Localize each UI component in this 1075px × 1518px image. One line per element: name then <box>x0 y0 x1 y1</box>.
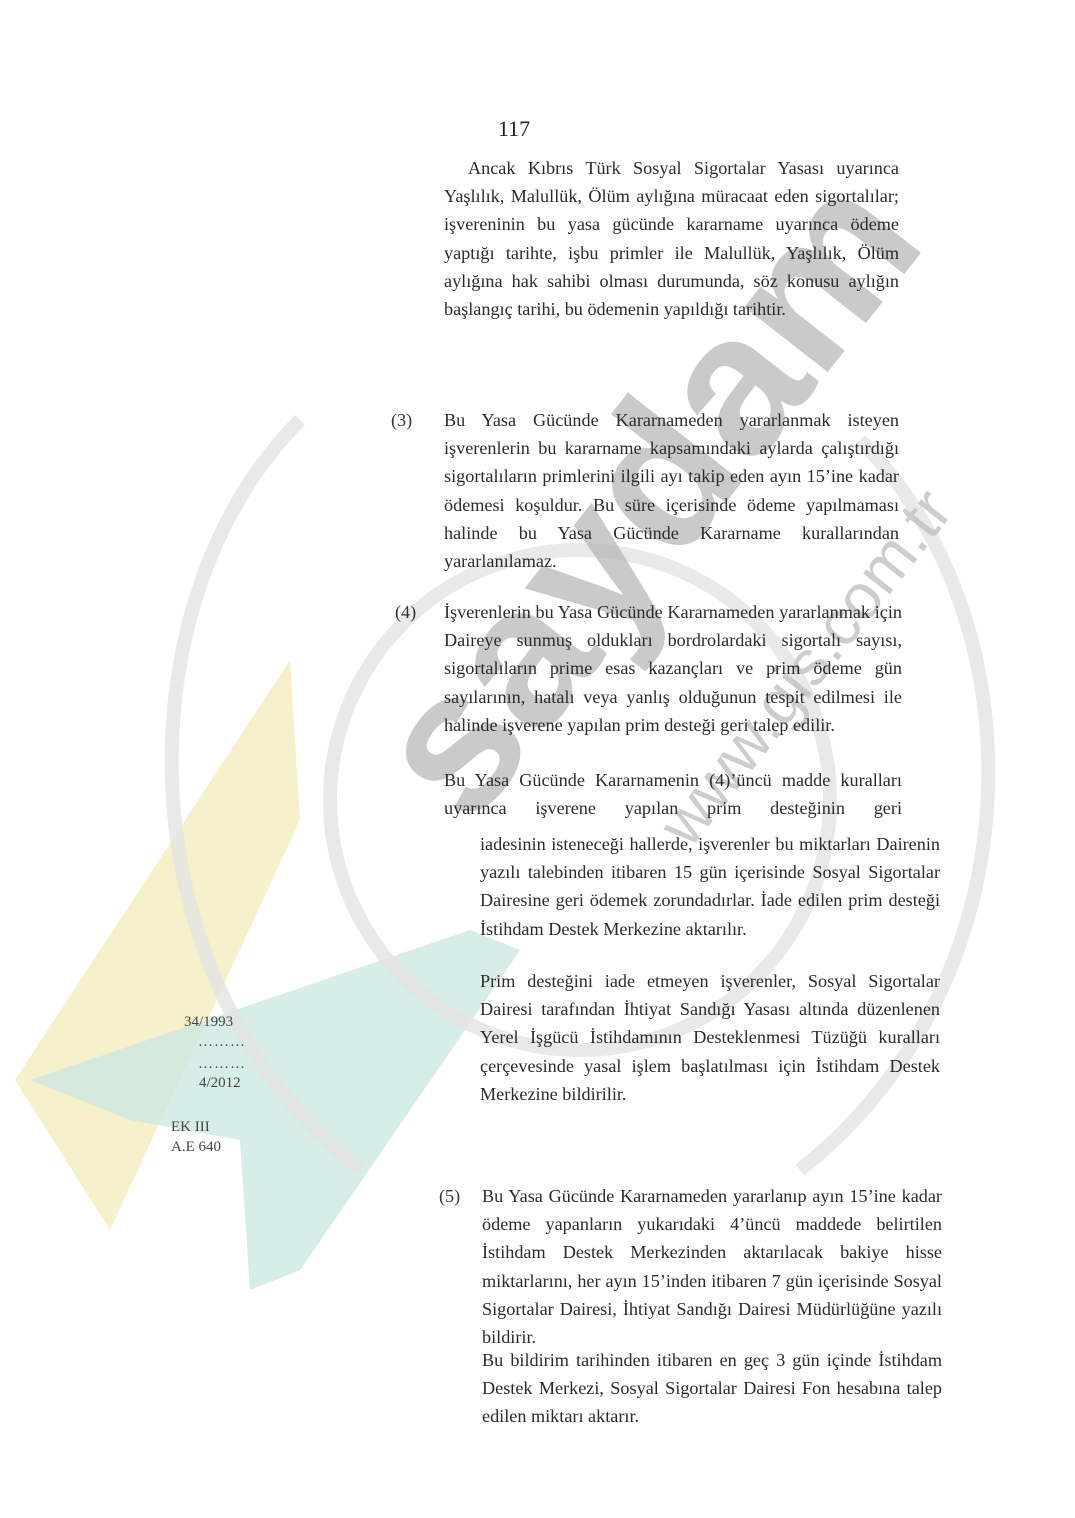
clause-5-text-2: Bu bildirim tarihinden itibaren en geç 3… <box>482 1346 942 1431</box>
clause-4-text-1: İşverenlerin bu Yasa Gücünde Kararnamede… <box>444 598 902 739</box>
clause-5-text-1: Bu Yasa Gücünde Kararnameden yararlanıp … <box>482 1182 942 1351</box>
annex-label: EK III <box>171 1118 210 1137</box>
dots-1: ……… <box>198 1033 246 1052</box>
dots-2: ……… <box>198 1055 246 1074</box>
clause-3-text: Bu Yasa Gücünde Kararnameden yararlanmak… <box>444 406 899 575</box>
clause-3-number: (3) <box>391 406 412 434</box>
clause-4-text-2: Bu Yasa Gücünde Kararnamenin (4)’üncü ma… <box>444 766 902 822</box>
page-number: 117 <box>498 116 530 142</box>
intro-paragraph: Ancak Kıbrıs Türk Sosyal Sigortalar Yasa… <box>444 154 899 323</box>
gazette-reference: A.E 640 <box>171 1138 221 1157</box>
clause-4-text-4: Prim desteğini iade etmeyen işverenler, … <box>480 967 940 1108</box>
law-reference-1: 34/1993 <box>184 1013 233 1032</box>
clause-4-number: (4) <box>395 598 416 626</box>
clause-5-number: (5) <box>439 1182 460 1210</box>
law-reference-2: 4/2012 <box>199 1074 241 1093</box>
clause-4-text-3: iadesinin isteneceği hallerde, işverenle… <box>480 830 940 943</box>
